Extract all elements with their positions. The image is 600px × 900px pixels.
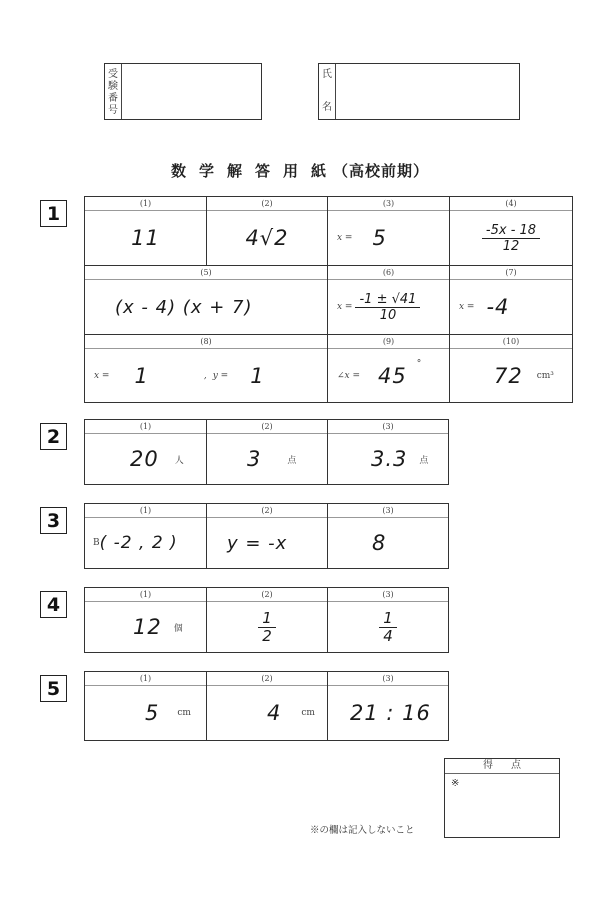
answer-cell-q1-5[interactable]: (5) (x - 4) (x + 7) bbox=[85, 266, 328, 335]
numerator: 1 bbox=[379, 610, 397, 627]
answer-cell-q3-1[interactable]: (1) B( -2 , 2 ) bbox=[85, 504, 207, 568]
answer-text: 8 bbox=[372, 531, 386, 555]
title-main: 数学解答用紙 bbox=[171, 162, 339, 180]
score-header: 得点 bbox=[445, 759, 559, 774]
answer-text: (x - 4) (x + 7) bbox=[115, 297, 252, 318]
answer-cell-q4-2[interactable]: (2) 1 2 bbox=[207, 588, 328, 652]
answer-unit: 個 bbox=[174, 621, 183, 634]
answer-prefix-y: y = bbox=[213, 371, 229, 381]
answer-cell-q5-1[interactable]: (1) 5cm bbox=[85, 672, 207, 740]
answer-unit: cm³ bbox=[537, 371, 554, 381]
numerator: 1 bbox=[258, 610, 276, 627]
name-field[interactable] bbox=[336, 64, 519, 119]
answer-cell-q1-3[interactable]: (3) x =5 bbox=[328, 197, 450, 266]
question-number-1: 1 bbox=[40, 200, 67, 227]
answer-unit: 人 bbox=[175, 453, 184, 466]
answer-cell-q1-4[interactable]: (4) -5x - 18 12 bbox=[450, 197, 572, 266]
item-label: (2) bbox=[207, 588, 327, 602]
answer-cell-q5-2[interactable]: (2) 4cm bbox=[207, 672, 328, 740]
title-sub: （高校前期） bbox=[333, 162, 429, 180]
item-label: (5) bbox=[85, 266, 327, 280]
answer-text: 4 bbox=[267, 701, 281, 725]
answer-grid-q2: (1) 20人 (2) 3点 (3) 3.3点 bbox=[84, 419, 449, 485]
answer-cell-q4-1[interactable]: (1) 12個 bbox=[85, 588, 207, 652]
numerator: -5x - 18 bbox=[482, 223, 540, 238]
answer-x: 1 bbox=[134, 364, 148, 388]
answer-unit: 点 bbox=[419, 453, 428, 466]
denominator: 10 bbox=[376, 308, 401, 323]
answer-prefix: B bbox=[93, 538, 100, 548]
numerator: -1 ± √41 bbox=[355, 292, 420, 307]
item-label: (3) bbox=[328, 504, 448, 518]
answer-cell-q1-1[interactable]: (1) 11 bbox=[85, 197, 207, 266]
answer-cell-q2-2[interactable]: (2) 3点 bbox=[207, 420, 328, 484]
item-label: (9) bbox=[328, 335, 449, 349]
answer-cell-q3-3[interactable]: (3) 8 bbox=[328, 504, 448, 568]
answer-prefix: ∠x = bbox=[337, 371, 360, 381]
name-box: 氏 名 bbox=[318, 63, 520, 120]
question-number-3: 3 bbox=[40, 507, 67, 534]
item-label: (1) bbox=[85, 197, 206, 211]
item-label: (6) bbox=[328, 266, 449, 280]
denominator: 4 bbox=[379, 628, 397, 645]
item-label: (1) bbox=[85, 420, 206, 434]
answer-text: 45 bbox=[378, 364, 407, 388]
answer-text: 72 bbox=[494, 364, 523, 388]
item-label: (3) bbox=[328, 197, 449, 211]
score-note: ※の欄は記入しないこと bbox=[310, 822, 415, 836]
answer-text: ( -2 , 2 ) bbox=[100, 533, 178, 553]
degree-unit: ° bbox=[417, 359, 422, 369]
answer-cell-q5-3[interactable]: (3) 21 : 16 bbox=[328, 672, 448, 740]
answer-prefix: x = bbox=[337, 302, 352, 312]
answer-grid-q4: (1) 12個 (2) 1 2 (3) 1 4 bbox=[84, 587, 449, 653]
fraction: 1 2 bbox=[258, 610, 276, 645]
answer-text: -4 bbox=[486, 295, 509, 319]
answer-text: 5 bbox=[145, 701, 159, 725]
page-title: 数学解答用紙（高校前期） bbox=[0, 160, 600, 181]
answer-grid-q3: (1) B( -2 , 2 ) (2) y = -x (3) 8 bbox=[84, 503, 449, 569]
name-label: 氏 名 bbox=[319, 64, 336, 119]
answer-text: y = -x bbox=[227, 533, 287, 554]
item-label: (1) bbox=[85, 672, 206, 686]
answer-text: 4√2 bbox=[245, 226, 288, 250]
item-label: (3) bbox=[328, 588, 448, 602]
answer-cell-q1-10[interactable]: (10) 72 cm³ bbox=[450, 335, 572, 402]
answer-text: 3 bbox=[247, 447, 261, 471]
answer-text: 3.3 bbox=[371, 447, 407, 471]
item-label: (2) bbox=[207, 672, 327, 686]
answer-prefix: x = bbox=[459, 302, 474, 312]
answer-text: 20 bbox=[130, 447, 159, 471]
answer-grid-q5: (1) 5cm (2) 4cm (3) 21 : 16 bbox=[84, 671, 449, 741]
exam-number-box: 受 験 番 号 bbox=[104, 63, 262, 120]
reference-mark: ※ bbox=[451, 778, 459, 789]
item-label: (2) bbox=[207, 504, 327, 518]
denominator: 2 bbox=[258, 628, 276, 645]
exam-number-label: 受 験 番 号 bbox=[105, 64, 122, 119]
answer-prefix-x: x = bbox=[94, 371, 109, 381]
answer-unit: 点 bbox=[287, 453, 296, 466]
item-label: (7) bbox=[450, 266, 572, 280]
answer-grid-q1: (1) 11 (2) 4√2 (3) x =5 (4) -5x - 18 12 … bbox=[84, 196, 573, 403]
item-label: (8) bbox=[85, 335, 327, 349]
answer-y: 1 bbox=[250, 364, 264, 388]
fraction: -1 ± √41 10 bbox=[355, 292, 420, 323]
answer-cell-q2-3[interactable]: (3) 3.3点 bbox=[328, 420, 448, 484]
item-label: (3) bbox=[328, 420, 448, 434]
answer-cell-q4-3[interactable]: (3) 1 4 bbox=[328, 588, 448, 652]
answer-cell-q3-2[interactable]: (2) y = -x bbox=[207, 504, 328, 568]
answer-text: 11 bbox=[131, 226, 160, 250]
question-number-4: 4 bbox=[40, 591, 67, 618]
answer-unit: cm bbox=[301, 708, 315, 718]
question-number-2: 2 bbox=[40, 423, 67, 450]
answer-cell-q2-1[interactable]: (1) 20人 bbox=[85, 420, 207, 484]
item-label: (1) bbox=[85, 504, 206, 518]
item-label: (4) bbox=[450, 197, 572, 211]
answer-prefix: x = bbox=[337, 233, 352, 243]
item-label: (10) bbox=[450, 335, 572, 349]
answer-cell-q1-9[interactable]: (9) ∠x = 45 ° bbox=[328, 335, 450, 402]
answer-unit: cm bbox=[177, 708, 191, 718]
answer-text: 21 : 16 bbox=[350, 701, 431, 725]
answer-cell-q1-8[interactable]: (8) x = 1 , y = 1 bbox=[85, 335, 328, 402]
exam-number-field[interactable] bbox=[122, 64, 261, 119]
fraction: 1 4 bbox=[379, 610, 397, 645]
answer-cell-q1-7[interactable]: (7) x =-4 bbox=[450, 266, 572, 335]
answer-text: 5 bbox=[372, 226, 386, 250]
answer-cell-q1-2[interactable]: (2) 4√2 bbox=[207, 197, 328, 266]
answer-cell-q1-6[interactable]: (6) x = -1 ± √41 10 bbox=[328, 266, 450, 335]
item-label: (3) bbox=[328, 672, 448, 686]
item-label: (1) bbox=[85, 588, 206, 602]
separator: , bbox=[204, 371, 207, 381]
answer-text: 12 bbox=[133, 615, 162, 639]
fraction: -5x - 18 12 bbox=[482, 223, 540, 254]
item-label: (2) bbox=[207, 197, 327, 211]
denominator: 12 bbox=[499, 239, 524, 254]
score-box: 得点 ※ bbox=[444, 758, 560, 838]
item-label: (2) bbox=[207, 420, 327, 434]
question-number-5: 5 bbox=[40, 675, 67, 702]
